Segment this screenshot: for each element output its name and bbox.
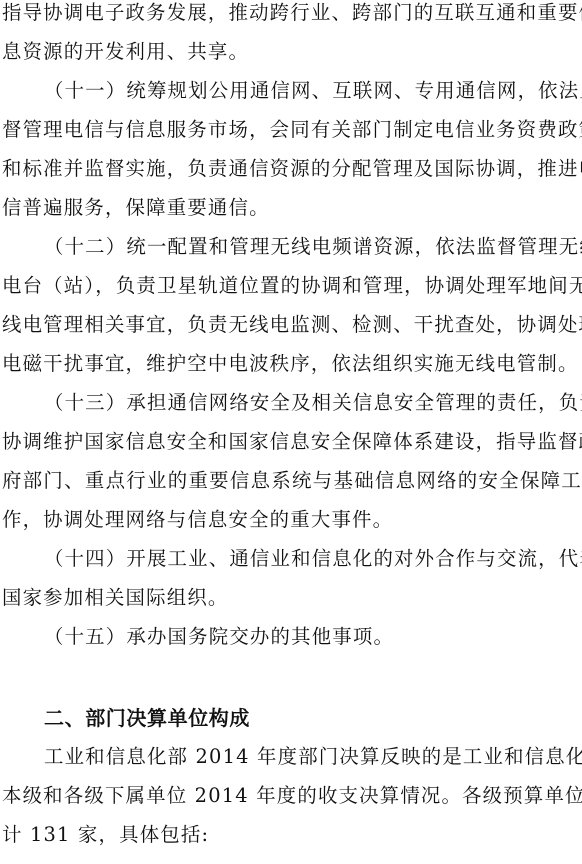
paragraph-line: 和标准并监督实施，负责通信资源的分配管理及国际协调，推进电 bbox=[2, 158, 582, 180]
paragraph-line: 本级和各级下属单位 2014 年度的收支决算情况。各级预算单位共 bbox=[2, 785, 582, 807]
document-page: 指导协调电子政务发展，推动跨行业、跨部门的互联互通和重要信 息资源的开发利用、共… bbox=[0, 0, 582, 864]
paragraph-line: 电台（站），负责卫星轨道位置的协调和管理，协调处理军地间无 bbox=[2, 275, 582, 297]
section-heading: 二、部门决算单位构成 bbox=[44, 707, 250, 729]
paragraph-line: （十四）开展工业、通信业和信息化的对外合作与交流，代表 bbox=[44, 548, 582, 570]
paragraph-line: 计 131 家，具体包括: bbox=[2, 824, 582, 846]
paragraph-line: 电磁干扰事宜，维护空中电波秩序，依法组织实施无线电管制。 bbox=[2, 353, 582, 375]
paragraph-line: （十二）统一配置和管理无线电频谱资源，依法监督管理无线 bbox=[44, 236, 582, 258]
paragraph-line: 督管理电信与信息服务市场，会同有关部门制定电信业务资费政策 bbox=[2, 119, 582, 141]
paragraph-line: 息资源的开发利用、共享。 bbox=[2, 41, 582, 63]
paragraph-line: 作，协调处理网络与信息安全的重大事件。 bbox=[2, 509, 582, 531]
paragraph-line: 信普遍服务，保障重要通信。 bbox=[2, 197, 582, 219]
paragraph-line: （十一）统筹规划公用通信网、互联网、专用通信网，依法监 bbox=[44, 80, 582, 102]
paragraph-line: （十五）承办国务院交办的其他事项。 bbox=[44, 626, 582, 648]
paragraph-line: （十三）承担通信网络安全及相关信息安全管理的责任，负责 bbox=[44, 392, 582, 414]
paragraph-line: 府部门、重点行业的重要信息系统与基础信息网络的安全保障工 bbox=[2, 470, 582, 492]
paragraph-line: 线电管理相关事宜，负责无线电监测、检测、干扰查处，协调处理 bbox=[2, 314, 582, 336]
paragraph-line: 协调维护国家信息安全和国家信息安全保障体系建设，指导监督政 bbox=[2, 431, 582, 453]
paragraph-line: 指导协调电子政务发展，推动跨行业、跨部门的互联互通和重要信 bbox=[2, 2, 582, 24]
paragraph-line: 工业和信息化部 2014 年度部门决算反映的是工业和信息化部 bbox=[44, 746, 582, 768]
paragraph-line: 国家参加相关国际组织。 bbox=[2, 587, 582, 609]
